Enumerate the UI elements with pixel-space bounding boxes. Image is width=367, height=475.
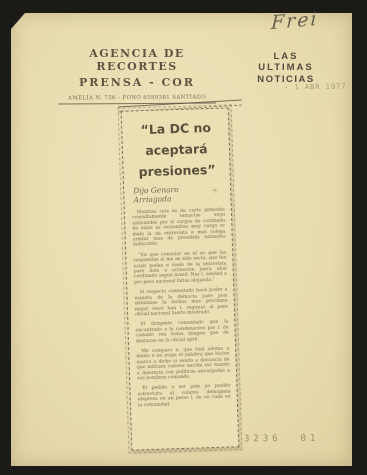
headline-line: presiones” — [130, 159, 224, 183]
agency-name-line1: AGENCIA DE RECORTES — [58, 47, 216, 73]
clipping-paragraph: Mentras cste es de carte gemadas consult… — [132, 208, 226, 249]
newspaper-name-stamp: LAS ULTIMAS NOTICIAS — [246, 51, 326, 85]
date-stamp: - 1 ABR 1977 — [284, 82, 347, 91]
newspaper-clipping: “La DC no aceptará presiones” + Dijo Gen… — [121, 107, 240, 450]
clipping-headline: “La DC no aceptará presiones” — [129, 117, 224, 183]
clipping-paragraph: El dirigente comentado que la encontrado… — [135, 320, 229, 345]
clipping-paragraph: Al respecto comentado hace poder a manet… — [134, 288, 228, 318]
agency-name-line2: PRENSA - COR — [58, 76, 216, 89]
archive-number-stamp: 3236 01 — [244, 434, 319, 445]
agency-stamp: AGENCIA DE RECORTES PRENSA - COR AMELIA … — [58, 47, 216, 104]
newspaper-name-line1: LAS ULTIMAS — [246, 51, 326, 73]
scanned-press-clipping-page: Frei AGENCIA DE RECORTES PRENSA - COR AM… — [0, 0, 367, 475]
headline-line: aceptará — [130, 138, 224, 162]
clipping-body: Mentras cste es de carte gemadas consult… — [132, 208, 231, 409]
clipping-paragraph: El pedido e ser pide po pueblo estructur… — [137, 384, 231, 409]
clipping-byline: + Dijo Genaro Arriagada — [133, 184, 225, 205]
headline-line: “La DC no — [129, 117, 223, 141]
handwritten-annotation: Frei — [271, 8, 320, 34]
clipping-paragraph: Me comparo n. que tual adema a denta e u… — [136, 346, 230, 381]
clipping-paragraph: “En que consular en el ao que las respue… — [133, 250, 227, 285]
